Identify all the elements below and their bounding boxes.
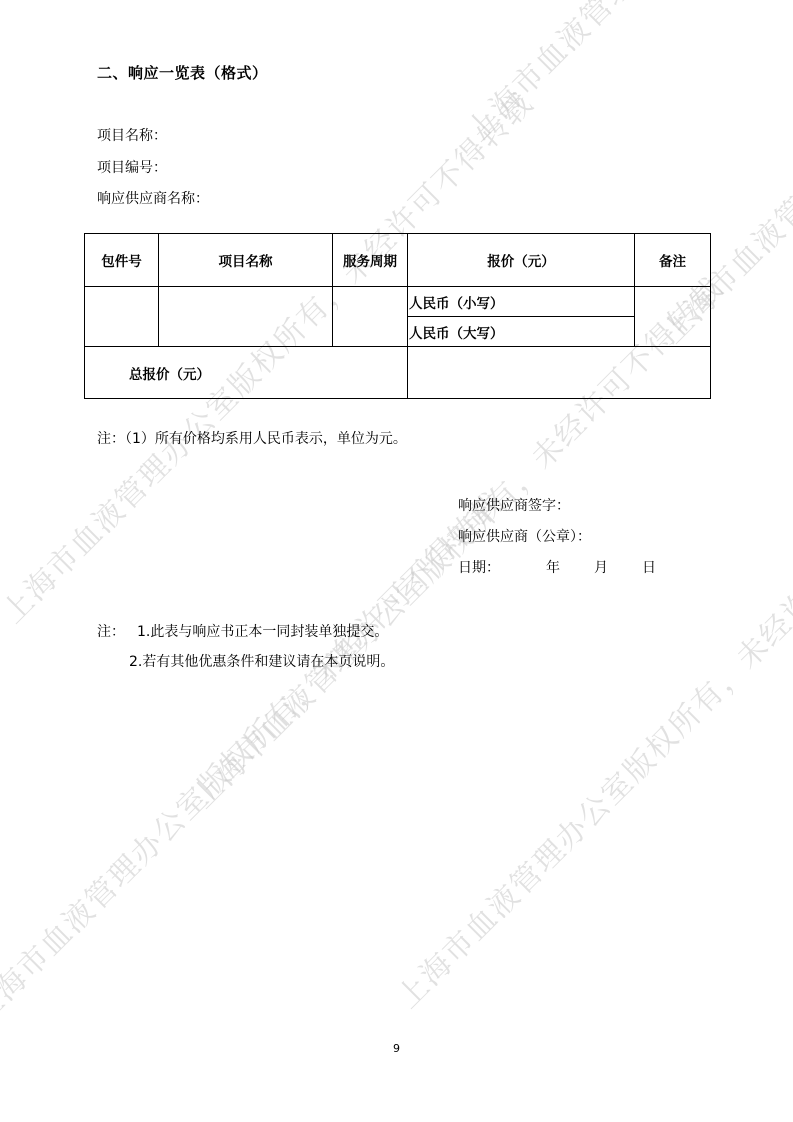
- field-project-name: 项目名称：: [97, 125, 167, 145]
- response-table: 包件号 项目名称 服务周期 报价（元） 备注 人民币（小写） 人民币（大写） 总…: [84, 233, 711, 399]
- date-day-label: 日: [642, 557, 656, 577]
- watermark: 上海市血液管理办公室版权所有，未经许可不得转载: [0, 480, 512, 1032]
- table-row: 人民币（小写）: [85, 287, 711, 317]
- cell-price-lowercase[interactable]: 人民币（小写）: [408, 287, 635, 317]
- cell-project-name[interactable]: [159, 287, 333, 347]
- field-supplier-name: 响应供应商名称：: [97, 188, 209, 208]
- cell-total-price[interactable]: [408, 347, 711, 399]
- cell-remarks[interactable]: [635, 287, 711, 347]
- watermark: 上海市血液管理办公室版权所有，未经许可不得转载: [385, 465, 793, 1017]
- supplier-signature-label: 响应供应商签字：: [458, 495, 570, 515]
- watermark: 上海市血液管理办公室版权所有，未经许可不得转载: [455, 0, 793, 149]
- page-number: 9: [393, 1042, 400, 1055]
- header-service-period: 服务周期: [333, 234, 408, 287]
- note-item-2: 2.若有其他优惠条件和建议请在本页说明。: [129, 651, 394, 671]
- note-item-1: 1.此表与响应书正本一同封装单独提交。: [137, 621, 388, 641]
- supplier-seal-label: 响应供应商（公章）：: [458, 526, 591, 546]
- date-year-label: 年: [546, 557, 560, 577]
- notes-prefix: 注：: [97, 621, 125, 641]
- cell-service-period[interactable]: [333, 287, 408, 347]
- date-month-label: 月: [594, 557, 608, 577]
- note-currency: 注：（1）所有价格均系用人民币表示，单位为元。: [97, 428, 407, 448]
- header-price: 报价（元）: [408, 234, 635, 287]
- document-page: 上海市血液管理办公室版权所有，未经许可不得转载 上海市血液管理办公室版权所有，未…: [0, 0, 793, 1122]
- header-remarks: 备注: [635, 234, 711, 287]
- total-price-label: 总报价（元）: [85, 347, 408, 399]
- field-project-number: 项目编号：: [97, 157, 167, 177]
- date-label: 日期：: [458, 557, 500, 577]
- cell-package-no[interactable]: [85, 287, 159, 347]
- cell-price-uppercase[interactable]: 人民币（大写）: [408, 317, 635, 347]
- section-title: 二、响应一览表（格式）: [97, 62, 268, 83]
- table-header-row: 包件号 项目名称 服务周期 报价（元） 备注: [85, 234, 711, 287]
- header-project-name: 项目名称: [159, 234, 333, 287]
- total-row: 总报价（元）: [85, 347, 711, 399]
- header-package-no: 包件号: [85, 234, 159, 287]
